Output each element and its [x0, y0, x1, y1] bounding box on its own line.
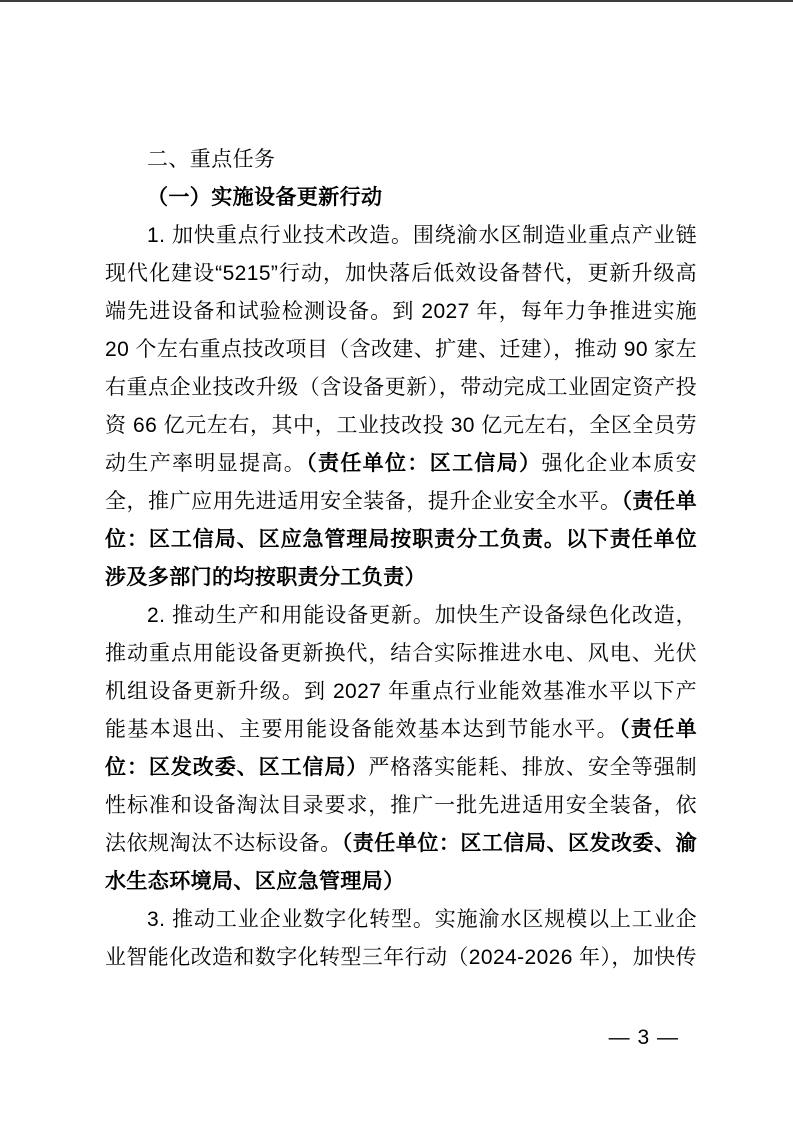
text-run: 2. 推动生产和用能设备更新。加快生产设备绿色化改造，推动重点用能设备更新换代，… — [105, 604, 697, 741]
responsibility-unit-run: （责任单位：区工信局） — [306, 452, 541, 475]
text-run: 1. 加快重点行业技术改造。围绕渝水区制造业重点产业链现代化建设“5215”行动… — [105, 224, 697, 475]
body-paragraphs: 1. 加快重点行业技术改造。围绕渝水区制造业重点产业链现代化建设“5215”行动… — [105, 217, 697, 977]
scan-artifact-top-edge — [0, 0, 793, 2]
document-content: 二、重点任务 （一）实施设备更新行动 1. 加快重点行业技术改造。围绕渝水区制造… — [105, 141, 697, 977]
subsection-heading: （一）实施设备更新行动 — [105, 179, 697, 217]
document-page: { "page": { "background_color": "#ffffff… — [0, 0, 793, 1122]
section-heading: 二、重点任务 — [105, 141, 697, 179]
paragraph: 3. 推动工业企业数字化转型。实施渝水区规模以上工业企业智能化改造和数字化转型三… — [105, 901, 697, 977]
text-run: 3. 推动工业企业数字化转型。实施渝水区规模以上工业企业智能化改造和数字化转型三… — [105, 908, 697, 969]
page-number: — 3 — — [609, 1027, 679, 1049]
paragraph: 1. 加快重点行业技术改造。围绕渝水区制造业重点产业链现代化建设“5215”行动… — [105, 217, 697, 597]
paragraph: 2. 推动生产和用能设备更新。加快生产设备绿色化改造，推动重点用能设备更新换代，… — [105, 597, 697, 901]
